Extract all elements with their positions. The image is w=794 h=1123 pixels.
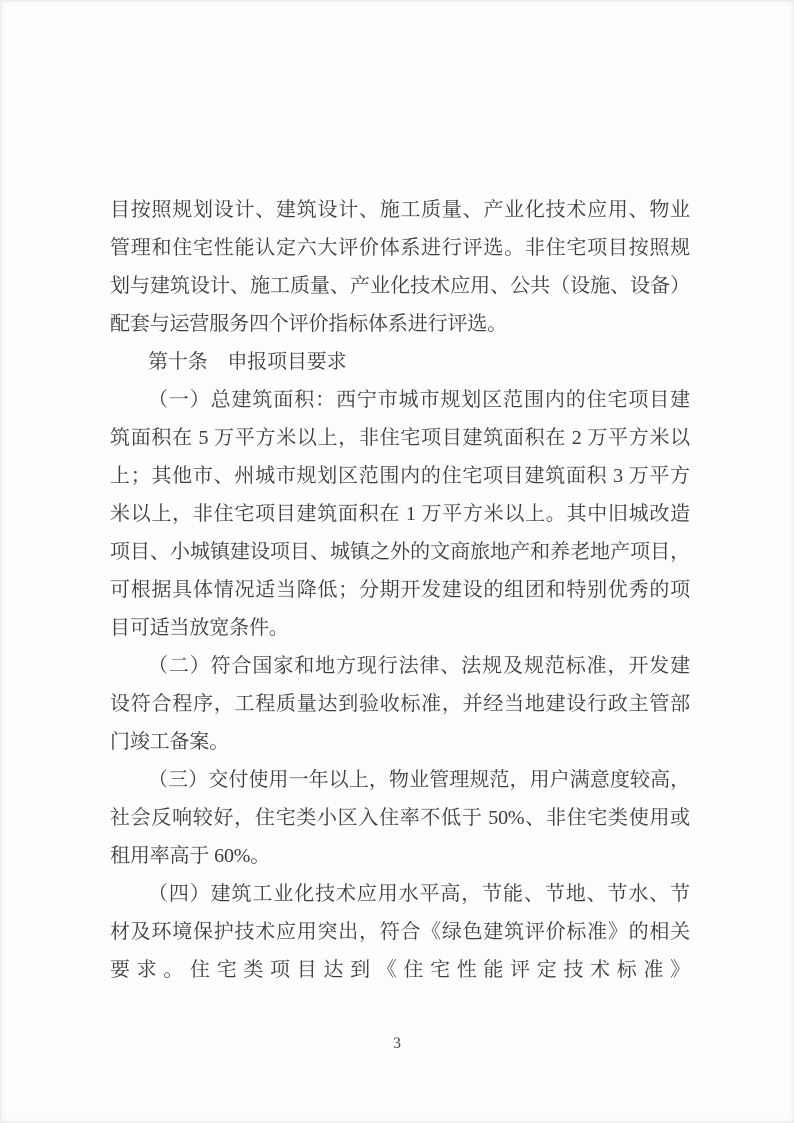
text-line: 划与建筑设计、施工质量、产业化技术应用、公共（设施、设备） — [110, 267, 690, 305]
text-line: （一）总建筑面积：西宁市城市规划区范围内的住宅项目建 — [110, 381, 690, 419]
text-line: 上；其他市、州城市规划区范围内的住宅项目建筑面积 3 万平方 — [110, 457, 690, 495]
text-line: 项目、小城镇建设项目、城镇之外的文商旅地产和养老地产项目， — [110, 533, 690, 571]
page-footer: 3 — [1, 1035, 793, 1053]
text-line: （四）建筑工业化技术应用水平高，节能、节地、节水、节 — [110, 875, 690, 913]
text-line: 材及环境保护技术应用突出，符合《绿色建筑评价标准》的相关 — [110, 913, 690, 951]
text-line: 管理和住宅性能认定六大评价体系进行评选。非住宅项目按照规 — [110, 229, 690, 267]
text-line: 米以上，非住宅项目建筑面积在 1 万平方米以上。其中旧城改造 — [110, 495, 690, 533]
text-line: 筑面积在 5 万平方米以上，非住宅项目建筑面积在 2 万平方米以 — [110, 419, 690, 457]
document-page: 目按照规划设计、建筑设计、施工质量、产业化技术应用、物业管理和住宅性能认定六大评… — [0, 0, 794, 1123]
text-line: 目可适当放宽条件。 — [110, 609, 690, 647]
text-line: 要求。住宅类项目达到《住宅性能评定技术标准》 — [110, 951, 690, 989]
section-heading: 第十条 申报项目要求 — [110, 343, 690, 381]
text-line: 门竣工备案。 — [110, 723, 690, 761]
page-number: 3 — [393, 1035, 401, 1052]
text-line: 设符合程序，工程质量达到验收标准，并经当地建设行政主管部 — [110, 685, 690, 723]
text-line: （三）交付使用一年以上，物业管理规范，用户满意度较高， — [110, 761, 690, 799]
text-line: 租用率高于 60%。 — [110, 837, 690, 875]
text-line: 配套与运营服务四个评价指标体系进行评选。 — [110, 305, 690, 343]
text-line: 可根据具体情况适当降低；分期开发建设的组团和特别优秀的项 — [110, 571, 690, 609]
text-line: 社会反响较好，住宅类小区入住率不低于 50%、非住宅类使用或 — [110, 799, 690, 837]
text-line: （二）符合国家和地方现行法律、法规及规范标准，开发建 — [110, 647, 690, 685]
text-line: 目按照规划设计、建筑设计、施工质量、产业化技术应用、物业 — [110, 191, 690, 229]
document-body: 目按照规划设计、建筑设计、施工质量、产业化技术应用、物业管理和住宅性能认定六大评… — [110, 191, 690, 989]
